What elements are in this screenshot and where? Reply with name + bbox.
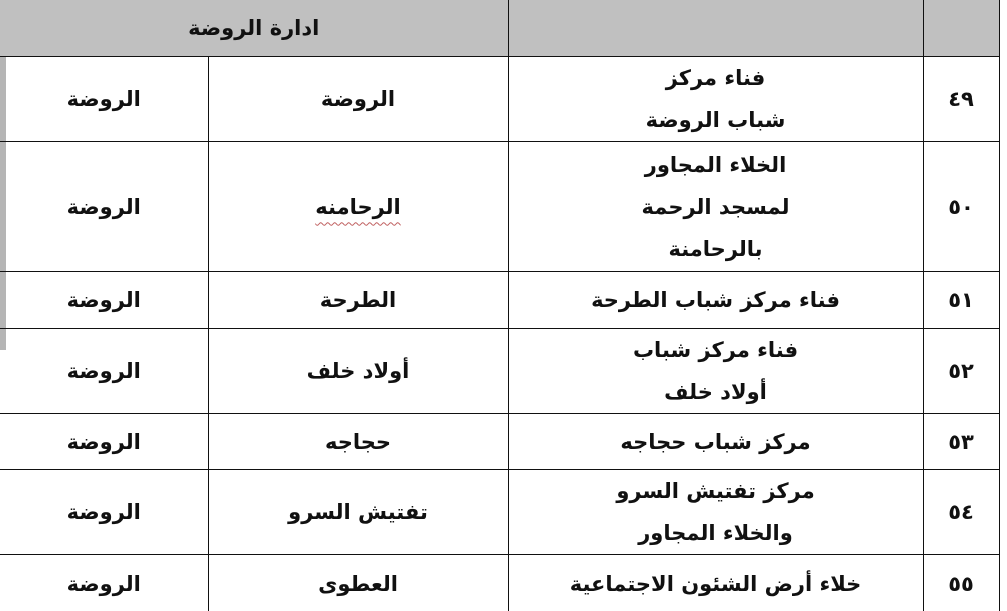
table-row: ٤٩ فناء مركز شباب الروضة الروضة الروضة (0, 57, 999, 142)
spellcheck-flagged-text[interactable]: الرحامنه (315, 195, 400, 219)
row-number: ٥٥ (923, 555, 999, 611)
table-row: ٥١ فناء مركز شباب الطرحة الطرحة الروضة (0, 272, 999, 329)
location-cell: خلاء أرض الشئون الاجتماعية (508, 555, 923, 611)
village-cell: الروضة (208, 57, 508, 142)
location-line: والخلاء المجاور (509, 512, 923, 554)
location-line: فناء مركز (509, 57, 923, 99)
location-cell: مركز شباب حجاجه (508, 414, 923, 470)
row-number: ٤٩ (923, 57, 999, 142)
row-number: ٥٣ (923, 414, 999, 470)
location-line: بالرحامنة (509, 228, 923, 270)
village-cell: أولاد خلف (208, 329, 508, 414)
table-row: ٥٤ مركز تفتيش السرو والخلاء المجاور تفتي… (0, 470, 999, 555)
center-cell: الروضة (0, 272, 208, 329)
location-cell: فناء مركز شباب الروضة (508, 57, 923, 142)
location-line: شباب الروضة (509, 99, 923, 141)
location-cell: فناء مركز شباب الطرحة (508, 272, 923, 329)
row-number: ٥٢ (923, 329, 999, 414)
center-cell: الروضة (0, 470, 208, 555)
table-row: ٥٣ مركز شباب حجاجه حجاجه الروضة (0, 414, 999, 470)
row-number: ٥٠ (923, 142, 999, 272)
center-cell: الروضة (0, 329, 208, 414)
village-cell: تفتيش السرو (208, 470, 508, 555)
location-line: مركز شباب حجاجه (509, 421, 923, 463)
location-cell: الخلاء المجاور لمسجد الرحمة بالرحامنة (508, 142, 923, 272)
location-line: خلاء أرض الشئون الاجتماعية (509, 563, 923, 605)
village-cell: الطرحة (208, 272, 508, 329)
location-cell: فناء مركز شباب أولاد خلف (508, 329, 923, 414)
center-cell: الروضة (0, 555, 208, 611)
location-line: فناء مركز شباب الطرحة (509, 279, 923, 321)
table-row: ٥٥ خلاء أرض الشئون الاجتماعية العطوى الر… (0, 555, 999, 611)
table-row: ٥٢ فناء مركز شباب أولاد خلف أولاد خلف ال… (0, 329, 999, 414)
header-number-cell (923, 0, 999, 57)
location-line: مركز تفتيش السرو (509, 470, 923, 512)
location-line: فناء مركز شباب (509, 329, 923, 371)
header-location-cell (508, 0, 923, 57)
location-line: أولاد خلف (509, 371, 923, 413)
location-cell: مركز تفتيش السرو والخلاء المجاور (508, 470, 923, 555)
row-number: ٥١ (923, 272, 999, 329)
center-cell: الروضة (0, 142, 208, 272)
locations-table: ادارة الروضة ٤٩ فناء مركز شباب الروضة ال… (0, 0, 1000, 611)
location-line: لمسجد الرحمة (509, 186, 923, 228)
village-cell: العطوى (208, 555, 508, 611)
table-row: ٥٠ الخلاء المجاور لمسجد الرحمة بالرحامنة… (0, 142, 999, 272)
village-cell: حجاجه (208, 414, 508, 470)
location-line: الخلاء المجاور (509, 144, 923, 186)
village-cell: الرحامنه (208, 142, 508, 272)
table-header-row: ادارة الروضة (0, 0, 999, 57)
center-cell: الروضة (0, 57, 208, 142)
center-cell: الروضة (0, 414, 208, 470)
row-number: ٥٤ (923, 470, 999, 555)
header-administration-cell: ادارة الروضة (0, 0, 508, 57)
